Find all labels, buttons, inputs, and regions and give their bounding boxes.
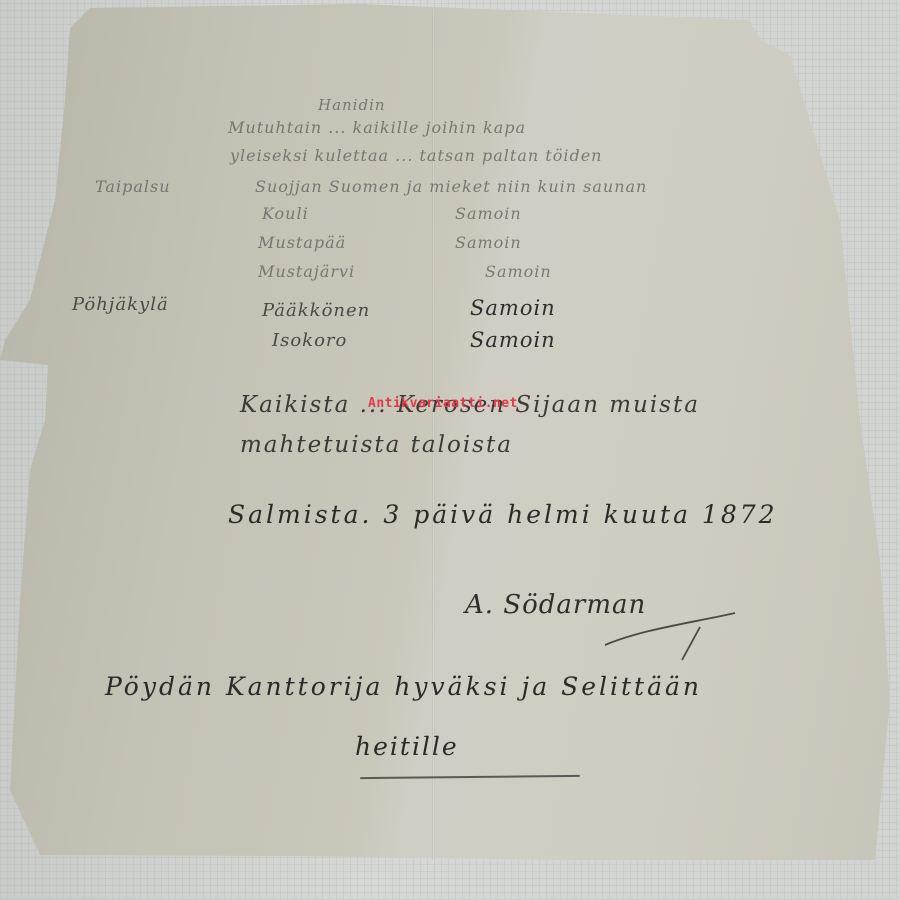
footer-line-1: Pöydän Kanttorija hyväksi ja Selittään bbox=[105, 672, 702, 701]
entry-location: Taipalsu bbox=[95, 177, 171, 196]
body-line-2: mahtetuista taloista bbox=[240, 432, 513, 458]
footer-line-2: heitille bbox=[355, 732, 459, 761]
entry-location: Pöhjäkylä bbox=[72, 294, 169, 315]
entry-value: Samoin bbox=[470, 296, 556, 320]
entry-value: Samoin bbox=[485, 262, 552, 281]
entry-name: Pääkkönen bbox=[262, 300, 370, 321]
header-title: Hanidin bbox=[318, 96, 386, 114]
entry-value: Samoin bbox=[455, 233, 522, 252]
entry-name: Isokoro bbox=[272, 330, 347, 351]
header-line-2: yleiseksi kulettaa ... tatsan paltan töi… bbox=[230, 146, 602, 165]
header-line-1: Mutuhtain ... kaikille joihin kapa bbox=[228, 118, 526, 137]
entry-value: Samoin bbox=[455, 204, 522, 223]
entry-name: Kouli bbox=[262, 204, 309, 223]
entry-name: Mustajärvi bbox=[258, 262, 355, 281]
signature-flourish-icon bbox=[600, 605, 740, 665]
entry-name: Mustapää bbox=[258, 233, 346, 252]
entry-name: Suojjan Suomen ja mieket niin kuin sauna… bbox=[255, 177, 647, 196]
date-line: Salmista. 3 päivä helmi kuuta 1872 bbox=[228, 500, 778, 529]
entry-value: Samoin bbox=[470, 328, 556, 352]
watermark-text: Antikvariaatti.net bbox=[368, 396, 518, 411]
